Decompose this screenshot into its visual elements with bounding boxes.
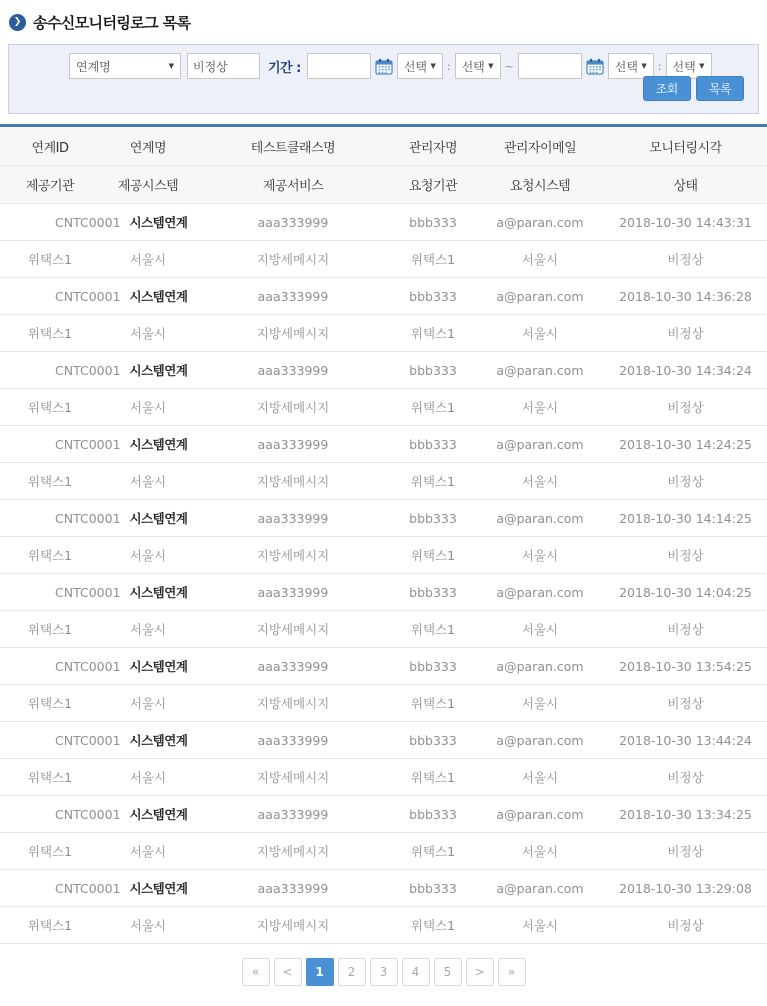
- list-button[interactable]: 목록: [696, 76, 744, 101]
- link-name-value: 시스템연계: [130, 585, 188, 600]
- log-row-main: CNTC0001시스템연계aaa333999bbb333a@paran.com2…: [0, 722, 767, 759]
- link-name-value: 시스템연계: [130, 363, 188, 378]
- log-row-main: CNTC0001시스템연계aaa333999bbb333a@paran.com2…: [0, 648, 767, 685]
- link-id-name-cell: CNTC0001시스템연계: [0, 722, 196, 759]
- pagination: « < 1 2 3 4 5 > »: [0, 958, 767, 986]
- search-field-select-value: 연계명: [76, 58, 111, 75]
- page-number-button-4[interactable]: 4: [402, 958, 430, 986]
- col-header-provider-service: 제공서비스: [196, 166, 390, 204]
- log-cell: bbb333: [390, 574, 476, 611]
- page: ❯ 송수신모니터링로그 목록 연계명 ▼ 기간 :: [0, 0, 767, 1006]
- log-cell: a@paran.com: [476, 204, 604, 241]
- log-cell: 지방세메시지: [196, 907, 390, 944]
- link-id-name-cell: CNTC0001시스템연계: [0, 278, 196, 315]
- log-cell: 서울시: [100, 685, 196, 722]
- log-cell: aaa333999: [196, 722, 390, 759]
- log-cell: aaa333999: [196, 426, 390, 463]
- log-cell: a@paran.com: [476, 574, 604, 611]
- log-cell: 서울시: [476, 463, 604, 500]
- period-tilde-separator: ~: [505, 60, 514, 73]
- chevron-down-icon: ▼: [488, 62, 493, 70]
- log-cell: 위택스1: [0, 241, 100, 278]
- log-row-main: CNTC0001시스템연계aaa333999bbb333a@paran.com2…: [0, 870, 767, 907]
- log-cell: a@paran.com: [476, 352, 604, 389]
- minute-from-select[interactable]: 선택 ▼: [455, 53, 501, 79]
- keyword-input[interactable]: [187, 53, 260, 79]
- log-cell: bbb333: [390, 426, 476, 463]
- minute-to-select-value: 선택: [673, 58, 696, 75]
- page-number-button-3[interactable]: 3: [370, 958, 398, 986]
- link-id-value: CNTC0001: [55, 363, 121, 378]
- log-cell: a@paran.com: [476, 796, 604, 833]
- log-cell: 위택스1: [390, 537, 476, 574]
- log-row-sub: 위택스1서울시지방세메시지위택스1서울시비정상: [0, 315, 767, 352]
- log-cell: 지방세메시지: [196, 537, 390, 574]
- filter-buttons: 조회 목록: [643, 76, 744, 101]
- log-row-main: CNTC0001시스템연계aaa333999bbb333a@paran.com2…: [0, 352, 767, 389]
- chevron-down-icon: ▼: [169, 62, 174, 70]
- log-row-sub: 위택스1서울시지방세메시지위택스1서울시비정상: [0, 463, 767, 500]
- log-cell: 지방세메시지: [196, 833, 390, 870]
- table-header-row-2: 제공기관 제공시스템 제공서비스 요청기관 요청시스템 상태: [0, 166, 767, 204]
- calendar-to-button[interactable]: [586, 58, 604, 75]
- log-cell: 2018-10-30 13:54:25: [604, 648, 767, 685]
- log-cell: 위택스1: [390, 389, 476, 426]
- page-title: 송수신모니터링로그 목록: [33, 12, 190, 33]
- log-cell: 서울시: [476, 241, 604, 278]
- col-header-monitoring-time: 모니터링시각: [604, 126, 767, 166]
- col-header-link-id: 연계ID: [0, 126, 100, 166]
- log-cell: 서울시: [476, 833, 604, 870]
- link-id-value: CNTC0001: [55, 511, 121, 526]
- log-cell: a@paran.com: [476, 722, 604, 759]
- link-id-name-cell: CNTC0001시스템연계: [0, 500, 196, 537]
- log-cell: 위택스1: [390, 611, 476, 648]
- log-cell: 서울시: [476, 685, 604, 722]
- log-row-main: CNTC0001시스템연계aaa333999bbb333a@paran.com2…: [0, 796, 767, 833]
- chevron-down-icon: ▼: [699, 62, 704, 70]
- link-name-value: 시스템연계: [130, 659, 188, 674]
- log-cell: 2018-10-30 14:34:24: [604, 352, 767, 389]
- log-cell: 비정상: [604, 759, 767, 796]
- link-id-value: CNTC0001: [55, 437, 121, 452]
- log-cell: 서울시: [100, 611, 196, 648]
- page-prev-button[interactable]: <: [274, 958, 302, 986]
- log-cell: 비정상: [604, 463, 767, 500]
- log-cell: 위택스1: [0, 537, 100, 574]
- log-cell: 2018-10-30 14:24:25: [604, 426, 767, 463]
- log-cell: bbb333: [390, 204, 476, 241]
- log-cell: 서울시: [476, 315, 604, 352]
- log-cell: 비정상: [604, 907, 767, 944]
- log-cell: 비정상: [604, 685, 767, 722]
- log-cell: 서울시: [476, 611, 604, 648]
- log-cell: 서울시: [476, 537, 604, 574]
- period-label: 기간 :: [268, 57, 301, 76]
- link-id-value: CNTC0001: [55, 659, 121, 674]
- chevron-right-circle-icon: ❯: [9, 14, 26, 31]
- log-cell: a@paran.com: [476, 500, 604, 537]
- link-id-name-cell: CNTC0001시스템연계: [0, 796, 196, 833]
- log-cell: 서울시: [476, 759, 604, 796]
- page-next-button[interactable]: >: [466, 958, 494, 986]
- link-name-value: 시스템연계: [130, 437, 188, 452]
- link-id-name-cell: CNTC0001시스템연계: [0, 352, 196, 389]
- log-cell: bbb333: [390, 722, 476, 759]
- link-id-name-cell: CNTC0001시스템연계: [0, 426, 196, 463]
- search-field-select[interactable]: 연계명 ▼: [69, 53, 181, 79]
- log-cell: 위택스1: [390, 833, 476, 870]
- link-id-value: CNTC0001: [55, 289, 121, 304]
- col-header-request-system: 요청시스템: [476, 166, 604, 204]
- log-cell: a@paran.com: [476, 870, 604, 907]
- log-cell: bbb333: [390, 352, 476, 389]
- log-cell: 서울시: [100, 759, 196, 796]
- log-cell: 2018-10-30 14:43:31: [604, 204, 767, 241]
- log-cell: 서울시: [100, 463, 196, 500]
- log-cell: 비정상: [604, 833, 767, 870]
- log-row-main: CNTC0001시스템연계aaa333999bbb333a@paran.com2…: [0, 278, 767, 315]
- log-cell: 2018-10-30 14:14:25: [604, 500, 767, 537]
- chevron-down-icon: ▼: [641, 62, 646, 70]
- log-cell: 비정상: [604, 389, 767, 426]
- link-id-value: CNTC0001: [55, 215, 121, 230]
- col-header-link-name: 연계명: [100, 126, 196, 166]
- table-header-row-1: 연계ID 연계명 테스트클래스명 관리자명 관리자이메일 모니터링시각: [0, 126, 767, 166]
- search-button[interactable]: 조회: [643, 76, 691, 101]
- search-filter-panel: 연계명 ▼ 기간 :: [8, 44, 759, 114]
- log-row-sub: 위택스1서울시지방세메시지위택스1서울시비정상: [0, 907, 767, 944]
- log-cell: 지방세메시지: [196, 463, 390, 500]
- log-cell: 위택스1: [390, 759, 476, 796]
- log-cell: 위택스1: [390, 907, 476, 944]
- log-cell: 위택스1: [0, 907, 100, 944]
- log-row-sub: 위택스1서울시지방세메시지위택스1서울시비정상: [0, 759, 767, 796]
- monitoring-log-table: 연계ID 연계명 테스트클래스명 관리자명 관리자이메일 모니터링시각 제공기관…: [0, 124, 767, 944]
- log-cell: 지방세메시지: [196, 241, 390, 278]
- log-row-sub: 위택스1서울시지방세메시지위택스1서울시비정상: [0, 685, 767, 722]
- log-cell: aaa333999: [196, 574, 390, 611]
- calendar-from-button[interactable]: [375, 58, 393, 75]
- log-cell: 위택스1: [0, 685, 100, 722]
- log-cell: 위택스1: [390, 685, 476, 722]
- link-id-value: CNTC0001: [55, 585, 121, 600]
- log-cell: 위택스1: [390, 315, 476, 352]
- log-cell: bbb333: [390, 870, 476, 907]
- link-name-value: 시스템연계: [130, 807, 188, 822]
- log-cell: bbb333: [390, 796, 476, 833]
- page-number-button-5[interactable]: 5: [434, 958, 462, 986]
- log-row-main: CNTC0001시스템연계aaa333999bbb333a@paran.com2…: [0, 574, 767, 611]
- log-table-body: CNTC0001시스템연계aaa333999bbb333a@paran.com2…: [0, 204, 767, 944]
- link-id-name-cell: CNTC0001시스템연계: [0, 870, 196, 907]
- log-cell: bbb333: [390, 648, 476, 685]
- calendar-icon: [586, 58, 604, 75]
- log-cell: 위택스1: [0, 833, 100, 870]
- log-cell: 비정상: [604, 611, 767, 648]
- log-cell: 위택스1: [0, 315, 100, 352]
- log-row-main: CNTC0001시스템연계aaa333999bbb333a@paran.com2…: [0, 204, 767, 241]
- log-cell: 2018-10-30 13:44:24: [604, 722, 767, 759]
- calendar-icon: [375, 58, 393, 75]
- link-id-name-cell: CNTC0001시스템연계: [0, 574, 196, 611]
- date-from-input[interactable]: [307, 53, 371, 79]
- log-cell: a@paran.com: [476, 278, 604, 315]
- page-header: ❯ 송수신모니터링로그 목록: [0, 9, 767, 44]
- log-cell: 비정상: [604, 241, 767, 278]
- col-header-test-class: 테스트클래스명: [196, 126, 390, 166]
- log-cell: aaa333999: [196, 500, 390, 537]
- hour-to-select-value: 선택: [615, 58, 638, 75]
- page-last-button[interactable]: »: [498, 958, 526, 986]
- log-cell: 2018-10-30 14:36:28: [604, 278, 767, 315]
- time-colon-separator: :: [447, 60, 451, 73]
- link-id-value: CNTC0001: [55, 733, 121, 748]
- table-header: 연계ID 연계명 테스트클래스명 관리자명 관리자이메일 모니터링시각 제공기관…: [0, 126, 767, 204]
- link-name-value: 시스템연계: [130, 511, 188, 526]
- col-header-status: 상태: [604, 166, 767, 204]
- log-row-sub: 위택스1서울시지방세메시지위택스1서울시비정상: [0, 611, 767, 648]
- log-cell: 서울시: [476, 907, 604, 944]
- log-cell: 지방세메시지: [196, 389, 390, 426]
- log-cell: 위택스1: [0, 389, 100, 426]
- log-cell: 지방세메시지: [196, 685, 390, 722]
- time-colon-separator: :: [658, 60, 662, 73]
- hour-from-select-value: 선택: [404, 58, 427, 75]
- log-cell: aaa333999: [196, 204, 390, 241]
- col-header-provider-system: 제공시스템: [100, 166, 196, 204]
- link-name-value: 시스템연계: [130, 881, 188, 896]
- log-cell: 2018-10-30 14:04:25: [604, 574, 767, 611]
- log-cell: 서울시: [100, 315, 196, 352]
- log-row-sub: 위택스1서울시지방세메시지위택스1서울시비정상: [0, 241, 767, 278]
- log-cell: 서울시: [100, 907, 196, 944]
- log-cell: 비정상: [604, 315, 767, 352]
- log-cell: aaa333999: [196, 352, 390, 389]
- log-cell: a@paran.com: [476, 426, 604, 463]
- log-cell: 지방세메시지: [196, 315, 390, 352]
- log-cell: 위택스1: [390, 463, 476, 500]
- log-row-sub: 위택스1서울시지방세메시지위택스1서울시비정상: [0, 833, 767, 870]
- log-cell: 서울시: [476, 389, 604, 426]
- link-id-value: CNTC0001: [55, 881, 121, 896]
- log-cell: 지방세메시지: [196, 611, 390, 648]
- link-id-name-cell: CNTC0001시스템연계: [0, 648, 196, 685]
- log-cell: 지방세메시지: [196, 759, 390, 796]
- log-row-main: CNTC0001시스템연계aaa333999bbb333a@paran.com2…: [0, 500, 767, 537]
- log-cell: 위택스1: [390, 241, 476, 278]
- log-cell: bbb333: [390, 278, 476, 315]
- log-row-main: CNTC0001시스템연계aaa333999bbb333a@paran.com2…: [0, 426, 767, 463]
- col-header-manager-name: 관리자명: [390, 126, 476, 166]
- log-cell: 서울시: [100, 537, 196, 574]
- date-to-input[interactable]: [518, 53, 582, 79]
- log-cell: 비정상: [604, 537, 767, 574]
- filter-controls-row: 연계명 ▼ 기간 :: [9, 45, 758, 79]
- log-cell: 위택스1: [0, 463, 100, 500]
- hour-from-select[interactable]: 선택 ▼: [397, 53, 443, 79]
- page-first-button[interactable]: «: [242, 958, 270, 986]
- log-row-sub: 위택스1서울시지방세메시지위택스1서울시비정상: [0, 389, 767, 426]
- log-cell: 2018-10-30 13:29:08: [604, 870, 767, 907]
- col-header-manager-email: 관리자이메일: [476, 126, 604, 166]
- log-cell: bbb333: [390, 500, 476, 537]
- log-cell: 서울시: [100, 241, 196, 278]
- minute-from-select-value: 선택: [462, 58, 485, 75]
- log-cell: 위택스1: [0, 611, 100, 648]
- col-header-request-org: 요청기관: [390, 166, 476, 204]
- log-cell: aaa333999: [196, 648, 390, 685]
- log-cell: 위택스1: [0, 759, 100, 796]
- link-id-name-cell: CNTC0001시스템연계: [0, 204, 196, 241]
- log-cell: aaa333999: [196, 796, 390, 833]
- log-row-sub: 위택스1서울시지방세메시지위택스1서울시비정상: [0, 537, 767, 574]
- link-name-value: 시스템연계: [130, 215, 188, 230]
- link-name-value: 시스템연계: [130, 733, 188, 748]
- log-cell: 서울시: [100, 389, 196, 426]
- link-id-value: CNTC0001: [55, 807, 121, 822]
- log-cell: 2018-10-30 13:34:25: [604, 796, 767, 833]
- log-cell: aaa333999: [196, 870, 390, 907]
- log-cell: 서울시: [100, 833, 196, 870]
- chevron-down-icon: ▼: [430, 62, 435, 70]
- log-cell: a@paran.com: [476, 648, 604, 685]
- link-name-value: 시스템연계: [130, 289, 188, 304]
- page-number-button-2[interactable]: 2: [338, 958, 366, 986]
- page-number-button-1[interactable]: 1: [306, 958, 334, 986]
- col-header-provider-org: 제공기관: [0, 166, 100, 204]
- log-cell: aaa333999: [196, 278, 390, 315]
